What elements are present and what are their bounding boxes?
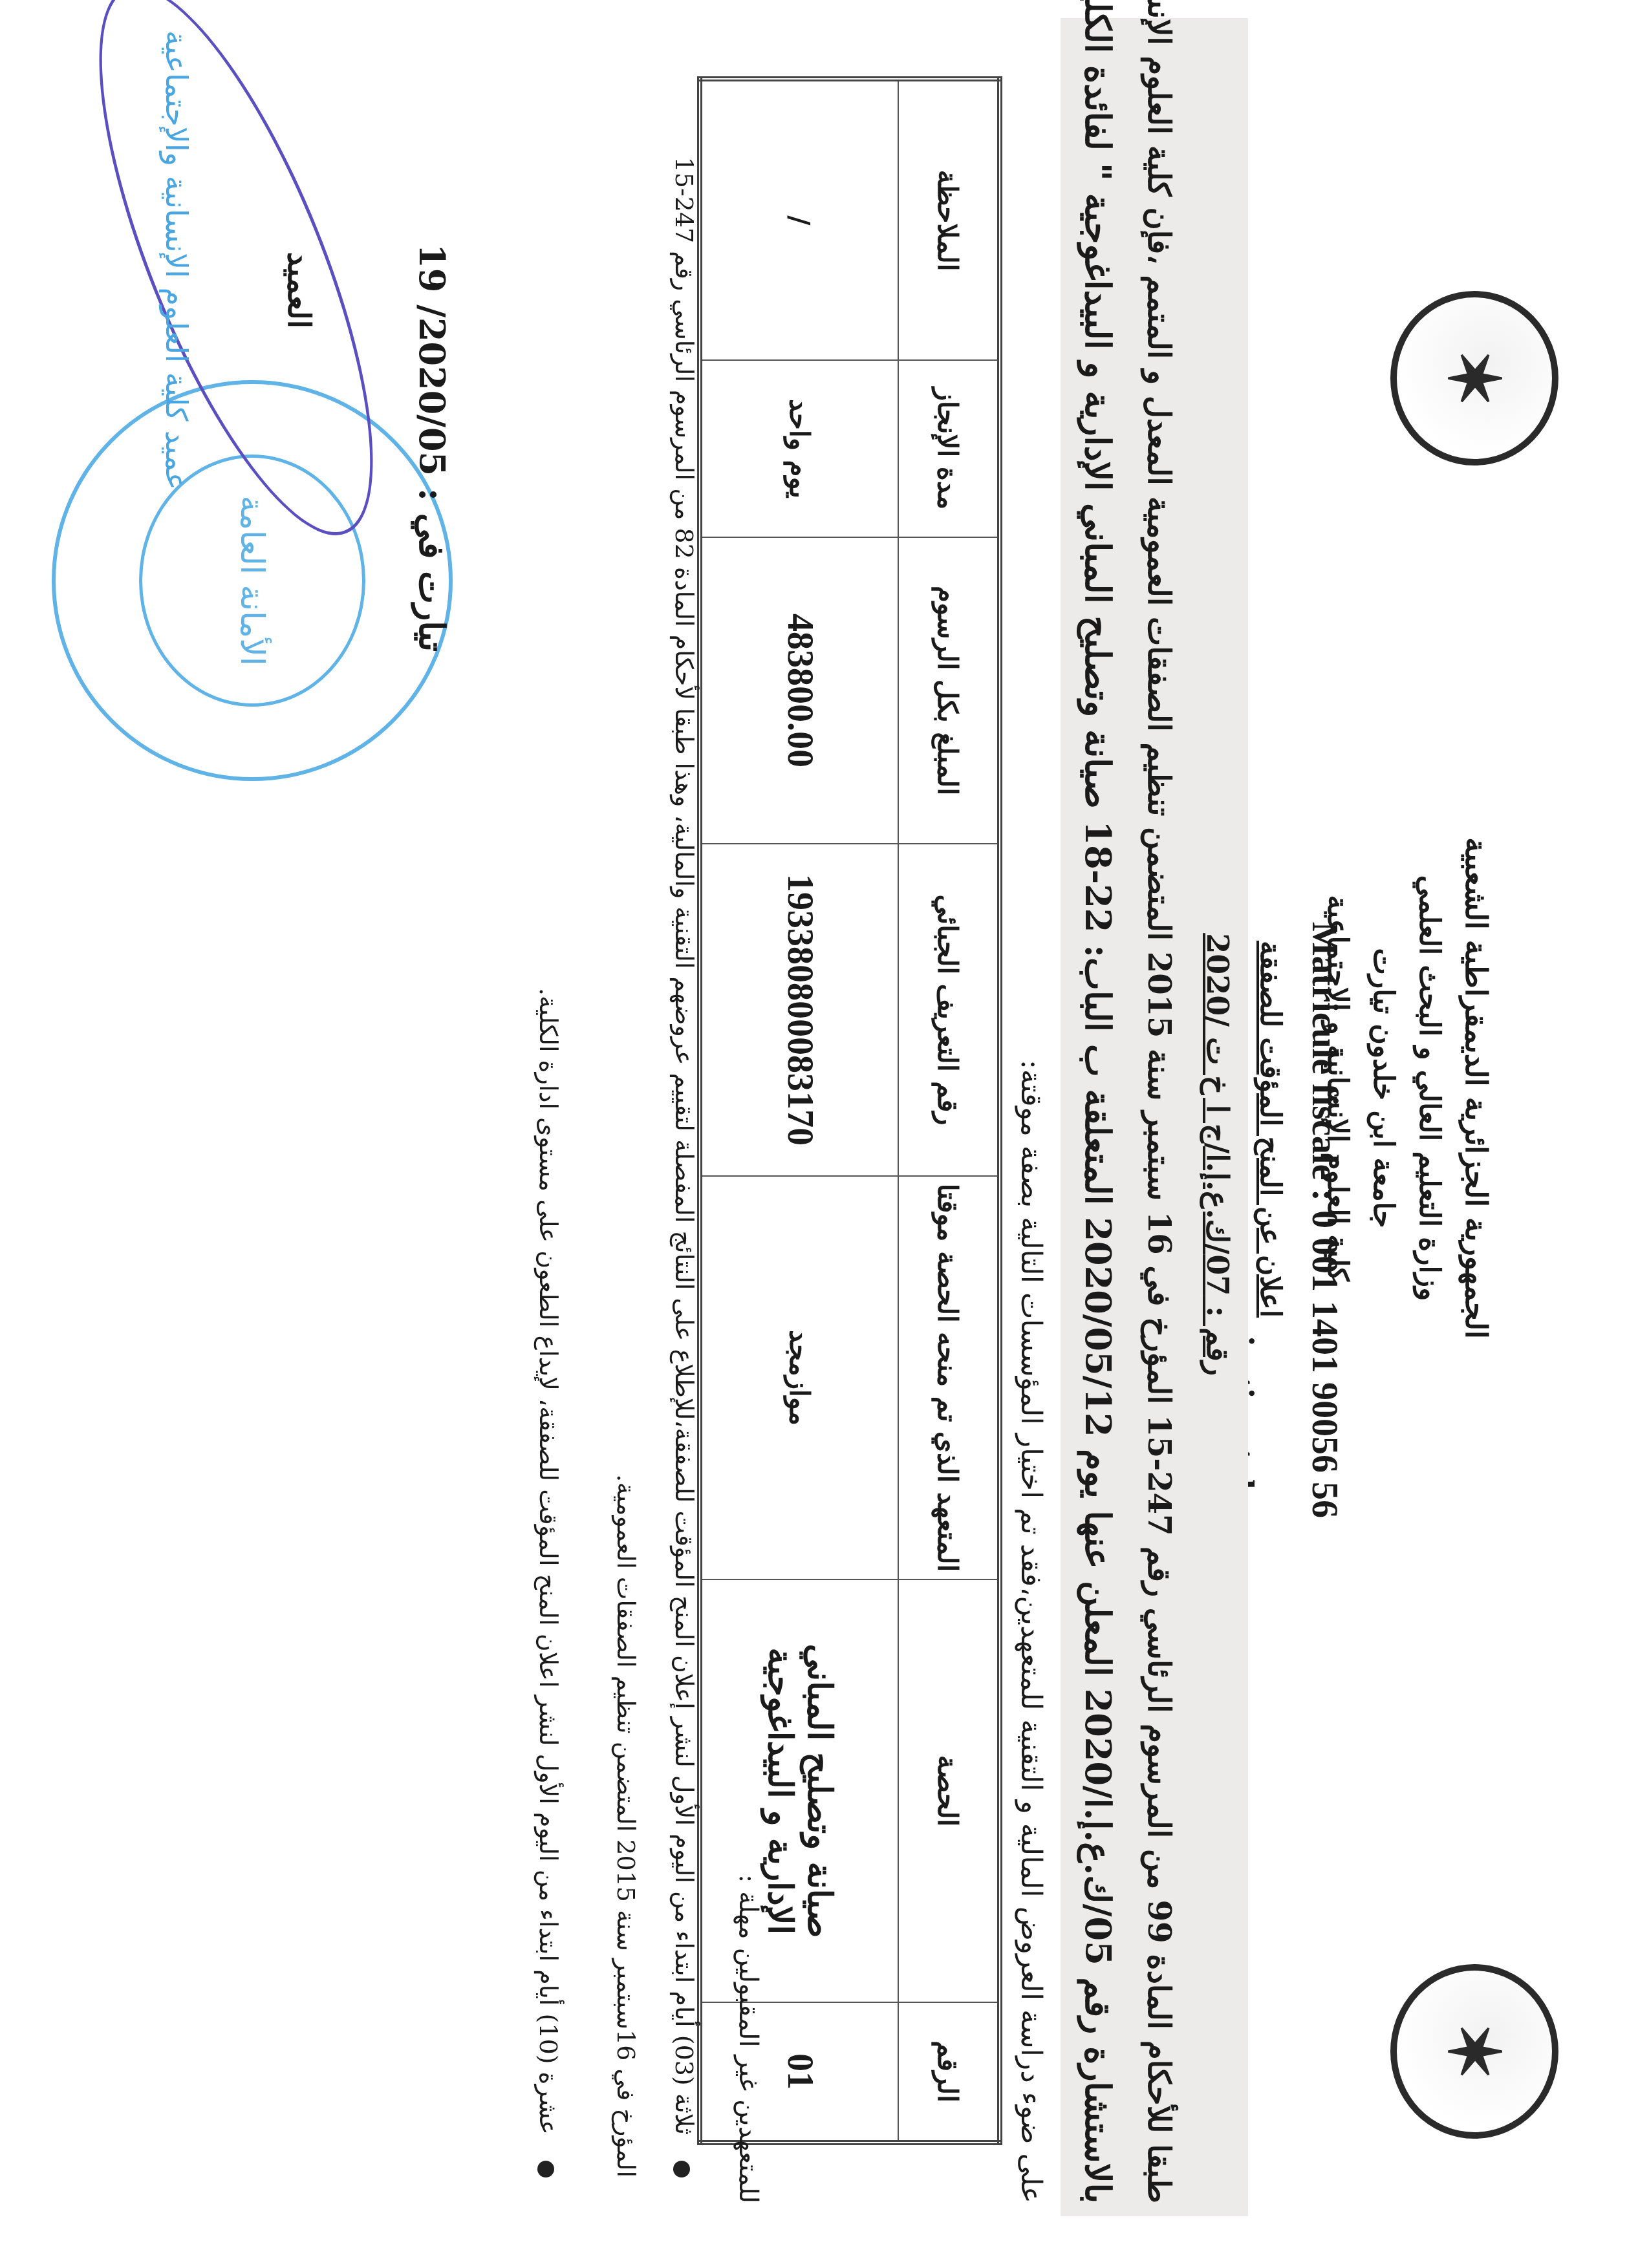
- university-name: جامعة ابن خلدون تيارت: [1367, 749, 1400, 1428]
- cell-bidder: موازمجد: [700, 1176, 898, 1579]
- col-tax-id: رقم التعريف الجبائي: [898, 844, 1000, 1176]
- matricule-fiscale: Matricule fiscale : 0 001 1401 90056 56: [1304, 922, 1345, 1518]
- body-line-3: على ضوء دراسة العروض المالية و التقنية ل…: [1015, 1060, 1048, 2203]
- notice-title: اعلان عن المنح المؤقت للصفقة: [1254, 941, 1287, 1318]
- col-note: الملاحظة: [898, 79, 1000, 360]
- bullet-dot-icon: [538, 2161, 555, 2177]
- bullet-2: عشرة (10) أيام ابتداء من اليوم الأول لنش…: [534, 988, 563, 2177]
- calligraphy-logo-icon: ✶: [1433, 348, 1516, 408]
- body-line-1: طبقا للأحكام المادة 99 من المرسوم الرئاس…: [1141, 0, 1177, 2203]
- bullet-2-text: عشرة (10) أيام ابتداء من اليوم الأول لنش…: [534, 988, 563, 2135]
- calligraphy-logo-icon: ✶: [1433, 2022, 1516, 2081]
- table-row: 01 صيانة وتصليح المباني الإدارية و البيد…: [700, 79, 898, 2143]
- col-lot: الحصة: [898, 1579, 1000, 2002]
- col-amount: المبلغ بكل الرسوم: [898, 537, 1000, 844]
- cell-tax-id: 193380800083170: [700, 844, 898, 1176]
- award-table: الرقم الحصة المتعهد الذي تم منحه الحصة م…: [697, 76, 1002, 2145]
- signature-caption: عميد كلية العلوم الإنسانية والإجتماعية: [159, 30, 194, 490]
- notice-document: ✶ ✶ الجمهورية الجزائرية الديمقراطية الشع…: [0, 0, 1649, 2268]
- cell-duration: يوم واحد: [700, 360, 898, 537]
- signatory-title: العميد: [281, 251, 317, 328]
- cell-note: /: [700, 79, 898, 360]
- col-bidder: المتعهد الذي تم منحه الحصة موقتا: [898, 1176, 1000, 1579]
- cell-number: 01: [700, 2002, 898, 2143]
- col-duration: مدة الإنجاز: [898, 360, 1000, 537]
- ministry-name: وزارة التعليم العالي و البحث العلمي: [1413, 749, 1446, 1428]
- unaccepted-bidders-intro: للمتعهدين غير المقبولين مهلة :: [733, 1874, 763, 2203]
- header-block: الجمهورية الجزائرية الديمقراطية الشعبية …: [1321, 749, 1494, 1428]
- bullet-1-text: ثلاثة (03) أيام ابتداء من اليوم الأول لن…: [670, 157, 698, 2135]
- stamp-center-text: الأمانة العامة: [233, 495, 271, 665]
- cell-lot: صيانة وتصليح المباني الإدارية و البيداغو…: [700, 1579, 898, 2002]
- republic-name: الجمهورية الجزائرية الديمقراطية الشعبية: [1459, 749, 1494, 1428]
- bullet-dot-icon: [674, 2161, 691, 2177]
- reference-number: رقم : 07/ك.ع.إ.ا/ج ا خ ت /2020: [1200, 933, 1235, 1376]
- cell-amount: 483800.00: [700, 537, 898, 844]
- bullet-1: ثلاثة (03) أيام ابتداء من اليوم الأول لن…: [670, 157, 698, 2177]
- table-header-row: الرقم الحصة المتعهد الذي تم منحه الحصة م…: [898, 79, 1000, 2143]
- university-logo-right: ✶: [1390, 1964, 1558, 2139]
- place-date: تيارت في : 2020/05/ 19: [411, 244, 453, 652]
- bullet-1-continuation: المؤرخ في 16سبتمبر سنة 2015 المتضمن تنظي…: [612, 1474, 640, 2177]
- university-logo-left: ✶: [1390, 291, 1558, 465]
- col-number: الرقم: [898, 2002, 1000, 2143]
- body-line-2: بالاستشارة رقم 05/ك.ع.إ.ا/2020 المعلن عن…: [1077, 0, 1119, 2203]
